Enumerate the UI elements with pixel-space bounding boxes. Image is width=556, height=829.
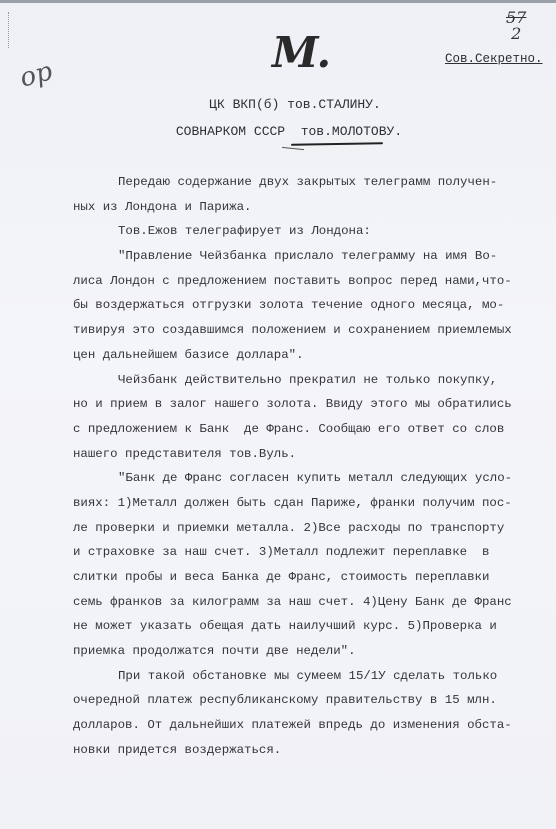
body-line: ных из Лондона и Парижа. [73,195,543,220]
addressee-molotov: СОВНАРКОМ СССР тов.МОЛОТОВУ. [0,124,556,139]
addressee-stalin: ЦК ВКП(б) тов.СТАЛИНУ. [0,97,556,112]
body-line: лиса Лондон с предложением поставить воп… [73,269,543,294]
body-line: "Банк де Франс согласен купить металл сл… [73,466,543,491]
body-line: При такой обстановке мы сумеем 15/1У сде… [73,664,543,689]
body-line: виях: 1)Металл должен быть сдан Париже, … [73,491,543,516]
body-line: долларов. От дальнейших платежей впредь … [73,713,543,738]
body-line: "Правление Чейзбанка прислало телеграмму… [73,244,543,269]
body-line: и страховке за наш счет. 3)Металл подлеж… [73,540,543,565]
folio-current: 2 [506,26,526,42]
handwritten-underline-tail [282,147,304,150]
body-line: но и прием в залог нашего золота. Ввиду … [73,392,543,417]
body-line: Тов.Ежов телеграфирует из Лондона: [73,219,543,244]
body-line: бы воздержаться отгрузки золота течение … [73,293,543,318]
handwritten-top-mark: М. [272,28,329,77]
body-line: Передаю содержание двух закрытых телегра… [73,170,543,195]
body-line: семь франков за килограмм за наш счет. 4… [73,590,543,615]
addressee-org: СОВНАРКОМ СССР [176,124,285,139]
body-line: не может указать обещая дать наилучший к… [73,614,543,639]
document-page: ор М. 57 2 Сов.Секретно. ЦК ВКП(б) тов.С… [0,0,556,829]
body-line: Чейзбанк действительно прекратил не толь… [73,368,543,393]
body-line: ле проверки и приемки металла. 2)Все рас… [73,516,543,541]
body-line: очередной платеж республиканскому правит… [73,688,543,713]
classification-stamp: Сов.Секретно. [445,52,543,66]
body-line: тивируя это создавшимся положением и сох… [73,318,543,343]
body-line: слитки пробы и веса Банка де Франс, стои… [73,565,543,590]
addressee-name: тов.МОЛОТОВУ. [301,124,402,139]
body-line: приемка продолжатся почти две недели". [73,639,543,664]
folio-number: 57 2 [506,10,526,42]
margin-punch-marks [8,12,11,48]
body-line: с предложением к Банк де Франс. Сообщаю … [73,417,543,442]
body-line: цен дальнейшем базисе доллара". [73,343,543,368]
body-line: новки придется воздержаться. [73,738,543,763]
body-line: нашего представителя тов.Вуль. [73,442,543,467]
handwritten-margin-initial: ор [17,56,56,93]
letter-body: Передаю содержание двух закрытых телегра… [73,170,543,763]
handwritten-underline [291,142,383,146]
